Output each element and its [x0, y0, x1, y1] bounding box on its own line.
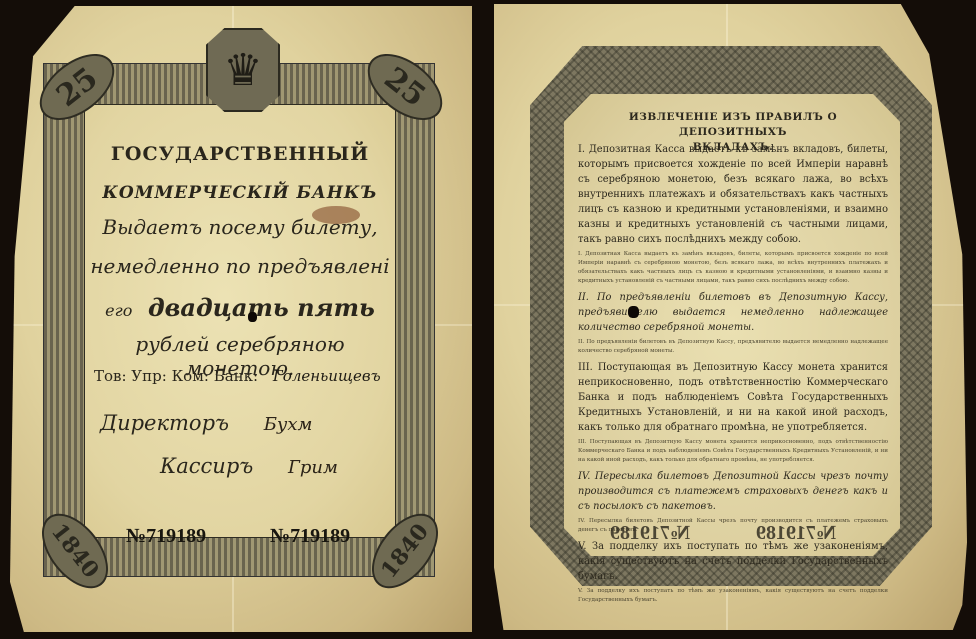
manager-label: Тов: Упр: Ком: Банк:: [94, 367, 258, 385]
amount-in-words: двадцать пять: [148, 293, 375, 322]
double-headed-eagle-icon: ♛: [206, 28, 280, 112]
banknote-back: ИЗВЛЕЧЕНІЕ ИЗЪ ПРАВИЛЪ О ДЕПОЗИТНЫХЪ ВКЛ…: [494, 4, 967, 630]
hole: [248, 312, 257, 322]
cashier-label: Кассиръ: [160, 454, 253, 478]
rule-3: III. Поступающая въ Депозитную Кассу мон…: [578, 360, 888, 435]
manager-signature: Голеньищевъ: [273, 367, 381, 385]
serial-number-right: №719189: [270, 525, 350, 548]
director-signature: Бухм: [264, 414, 313, 435]
rule-5-fine-print: V. За подделку ихъ поступать по тѣмъ же …: [578, 587, 888, 605]
text-line-3-prefix: его: [105, 301, 132, 320]
director-line: Директоръ Бухм: [100, 411, 400, 435]
rule-3-fine-print: III. Поступающая въ Депозитную Кассу мон…: [578, 438, 888, 465]
rule-2-fine-print: II. По предъявленіи билетовъ въ Депозитн…: [578, 338, 888, 356]
bank-title-line2: КОММЕРЧЕСКІЙ БАНКЪ: [90, 183, 390, 203]
text-line-2: немедленно по предъявлені: [90, 254, 390, 278]
bank-title-line1: ГОСУДАРСТВЕННЫЙ: [90, 143, 390, 165]
rule-1: I. Депозитная Касса выдаетъ къ замѣнъ вк…: [578, 142, 888, 247]
rule-1-fine-print: I. Депозитная Касса выдаетъ къ замѣнъ вк…: [578, 250, 888, 286]
rule-2: II. По предъявленіи билетовъ въ Депозитн…: [578, 290, 888, 335]
cashier-signature: Грим: [288, 457, 338, 478]
serial-number-left: №719189: [126, 525, 206, 548]
rule-5: V. За подделку ихъ поступать по тѣмъ же …: [578, 539, 888, 584]
manager-signature-line: Тов: Упр: Ком: Банк: Голеньищевъ: [94, 367, 394, 385]
director-label: Директоръ: [100, 411, 229, 435]
cashier-line: Кассиръ Грим: [160, 454, 460, 478]
text-line-3: его двадцать пять: [90, 293, 390, 322]
mirrored-serial-right: №719189: [756, 522, 836, 545]
heading-line-1: ИЗВЛЕЧЕНІЕ ИЗЪ ПРАВИЛЪ О ДЕПОЗИТНЫХЪ: [578, 110, 888, 140]
mirrored-serial-left: №719189: [610, 522, 690, 545]
rule-4: IV. Пересылка билетовъ Депозитной Кассы …: [578, 469, 888, 514]
stain: [312, 206, 360, 224]
banknote-front: 25 25 1840 1840 ♛ ГОСУДАРСТВЕННЫЙ КОММЕР…: [10, 6, 472, 632]
hole: [628, 306, 639, 318]
